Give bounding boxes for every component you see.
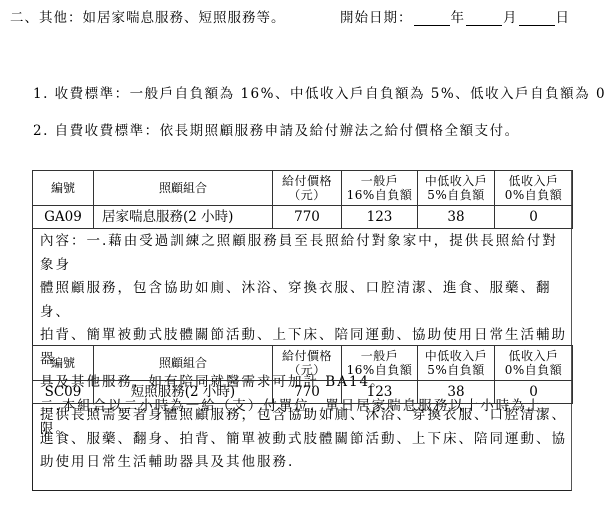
col-header-price: 給付價格（元）: [273, 346, 342, 381]
low-header-line1: 低收入戶: [495, 349, 572, 363]
start-date: 開始日期： 年 月 日: [340, 6, 570, 26]
col-header-midlow: 中低收入戶5%自負額: [418, 346, 495, 381]
content-line: 體照顧服務，包含協助如廁、沐浴、穿換衣服、口腔清潔、進食、服藥、翻身、: [40, 277, 570, 324]
price-header-line2: （元）: [273, 188, 341, 202]
service-table-sc09: 編號 照顧組合 給付價格（元） 一般戶16%自負額 中低收入戶5%自負額 低收入…: [32, 345, 573, 404]
general-header-line2: 16%自負額: [342, 363, 417, 377]
service-price: 770: [273, 381, 342, 404]
low-copay: 0: [495, 206, 573, 229]
col-header-price: 給付價格（元）: [273, 171, 342, 206]
service-name: 居家喘息服務(2 小時): [94, 206, 273, 229]
col-header-code: 編號: [33, 171, 94, 206]
general-header-line1: 一般戶: [342, 174, 417, 188]
price-header-line1: 給付價格: [273, 349, 341, 363]
col-header-general: 一般戶16%自負額: [342, 346, 418, 381]
price-header-line2: （元）: [273, 363, 341, 377]
start-date-label: 開始日期：: [340, 6, 413, 26]
content-line: 助使用日常生活輔助器具及其他服務.: [40, 451, 570, 475]
general-copay: 123: [342, 206, 418, 229]
service-table-ga09: 編號 照顧組合 給付價格（元） 一般戶16%自負額 中低收入戶5%自負額 低收入…: [32, 170, 573, 229]
col-header-combo: 照顧組合: [94, 171, 273, 206]
general-header-line1: 一般戶: [342, 349, 417, 363]
month-label: 月: [503, 6, 518, 26]
table-row: GA09 居家喘息服務(2 小時) 770 123 38 0: [33, 206, 573, 229]
col-header-general: 一般戶16%自負額: [342, 171, 418, 206]
low-copay: 0: [495, 381, 573, 404]
table-row: SC09 短照服務(2 小時) 770 123 38 0: [33, 381, 573, 404]
section-heading: 二、其他：如居家喘息服務、短照服務等。: [10, 6, 286, 26]
midlow-header-line1: 中低收入戶: [418, 349, 494, 363]
day-field[interactable]: [519, 11, 555, 26]
midlow-header-line2: 5%自負額: [418, 363, 494, 377]
col-header-low: 低收入戶0%自負額: [495, 346, 573, 381]
midlow-header-line2: 5%自負額: [418, 188, 494, 202]
month-field[interactable]: [466, 11, 502, 26]
col-header-code: 編號: [33, 346, 94, 381]
year-label: 年: [451, 6, 466, 26]
low-header-line1: 低收入戶: [495, 174, 572, 188]
service-code: GA09: [33, 206, 94, 229]
service-code: SC09: [33, 381, 94, 404]
col-header-low: 低收入戶0%自負額: [495, 171, 573, 206]
low-header-line2: 0%自負額: [495, 363, 572, 377]
service-content-sc09: 提供長照需要者身體照顧服務，包含協助如廁、沐浴、穿換衣服、口腔清潔、 進食、服藥…: [40, 404, 570, 475]
price-header-line1: 給付價格: [273, 174, 341, 188]
self-pay-rule: 2. 自費收費標準：依長期照顧服務申請及給付辦法之給付價格全額支付。: [33, 119, 520, 139]
year-field[interactable]: [414, 11, 450, 26]
low-header-line2: 0%自負額: [495, 188, 572, 202]
general-header-line2: 16%自負額: [342, 188, 417, 202]
general-copay: 123: [342, 381, 418, 404]
midlow-header-line1: 中低收入戶: [418, 174, 494, 188]
service-price: 770: [273, 206, 342, 229]
content-line: 進食、服藥、翻身、拍背、簡單被動式肢體關節活動、上下床、陪同運動、協: [40, 428, 570, 452]
service-name: 短照服務(2 小時): [94, 381, 273, 404]
midlow-copay: 38: [418, 381, 495, 404]
content-line: 內容：一.藉由受過訓練之照顧服務員至長照給付對象家中，提供長照給付對象身: [40, 230, 570, 277]
midlow-copay: 38: [418, 206, 495, 229]
col-header-combo: 照顧組合: [94, 346, 273, 381]
fee-standard-rule: 1. 收費標準：一般戶自負額為 16%、中低收入戶自負額為 5%、低收入戶自負額…: [33, 82, 606, 102]
day-label: 日: [556, 6, 571, 26]
col-header-midlow: 中低收入戶5%自負額: [418, 171, 495, 206]
content-line: 提供長照需要者身體照顧服務，包含協助如廁、沐浴、穿換衣服、口腔清潔、: [40, 404, 570, 428]
